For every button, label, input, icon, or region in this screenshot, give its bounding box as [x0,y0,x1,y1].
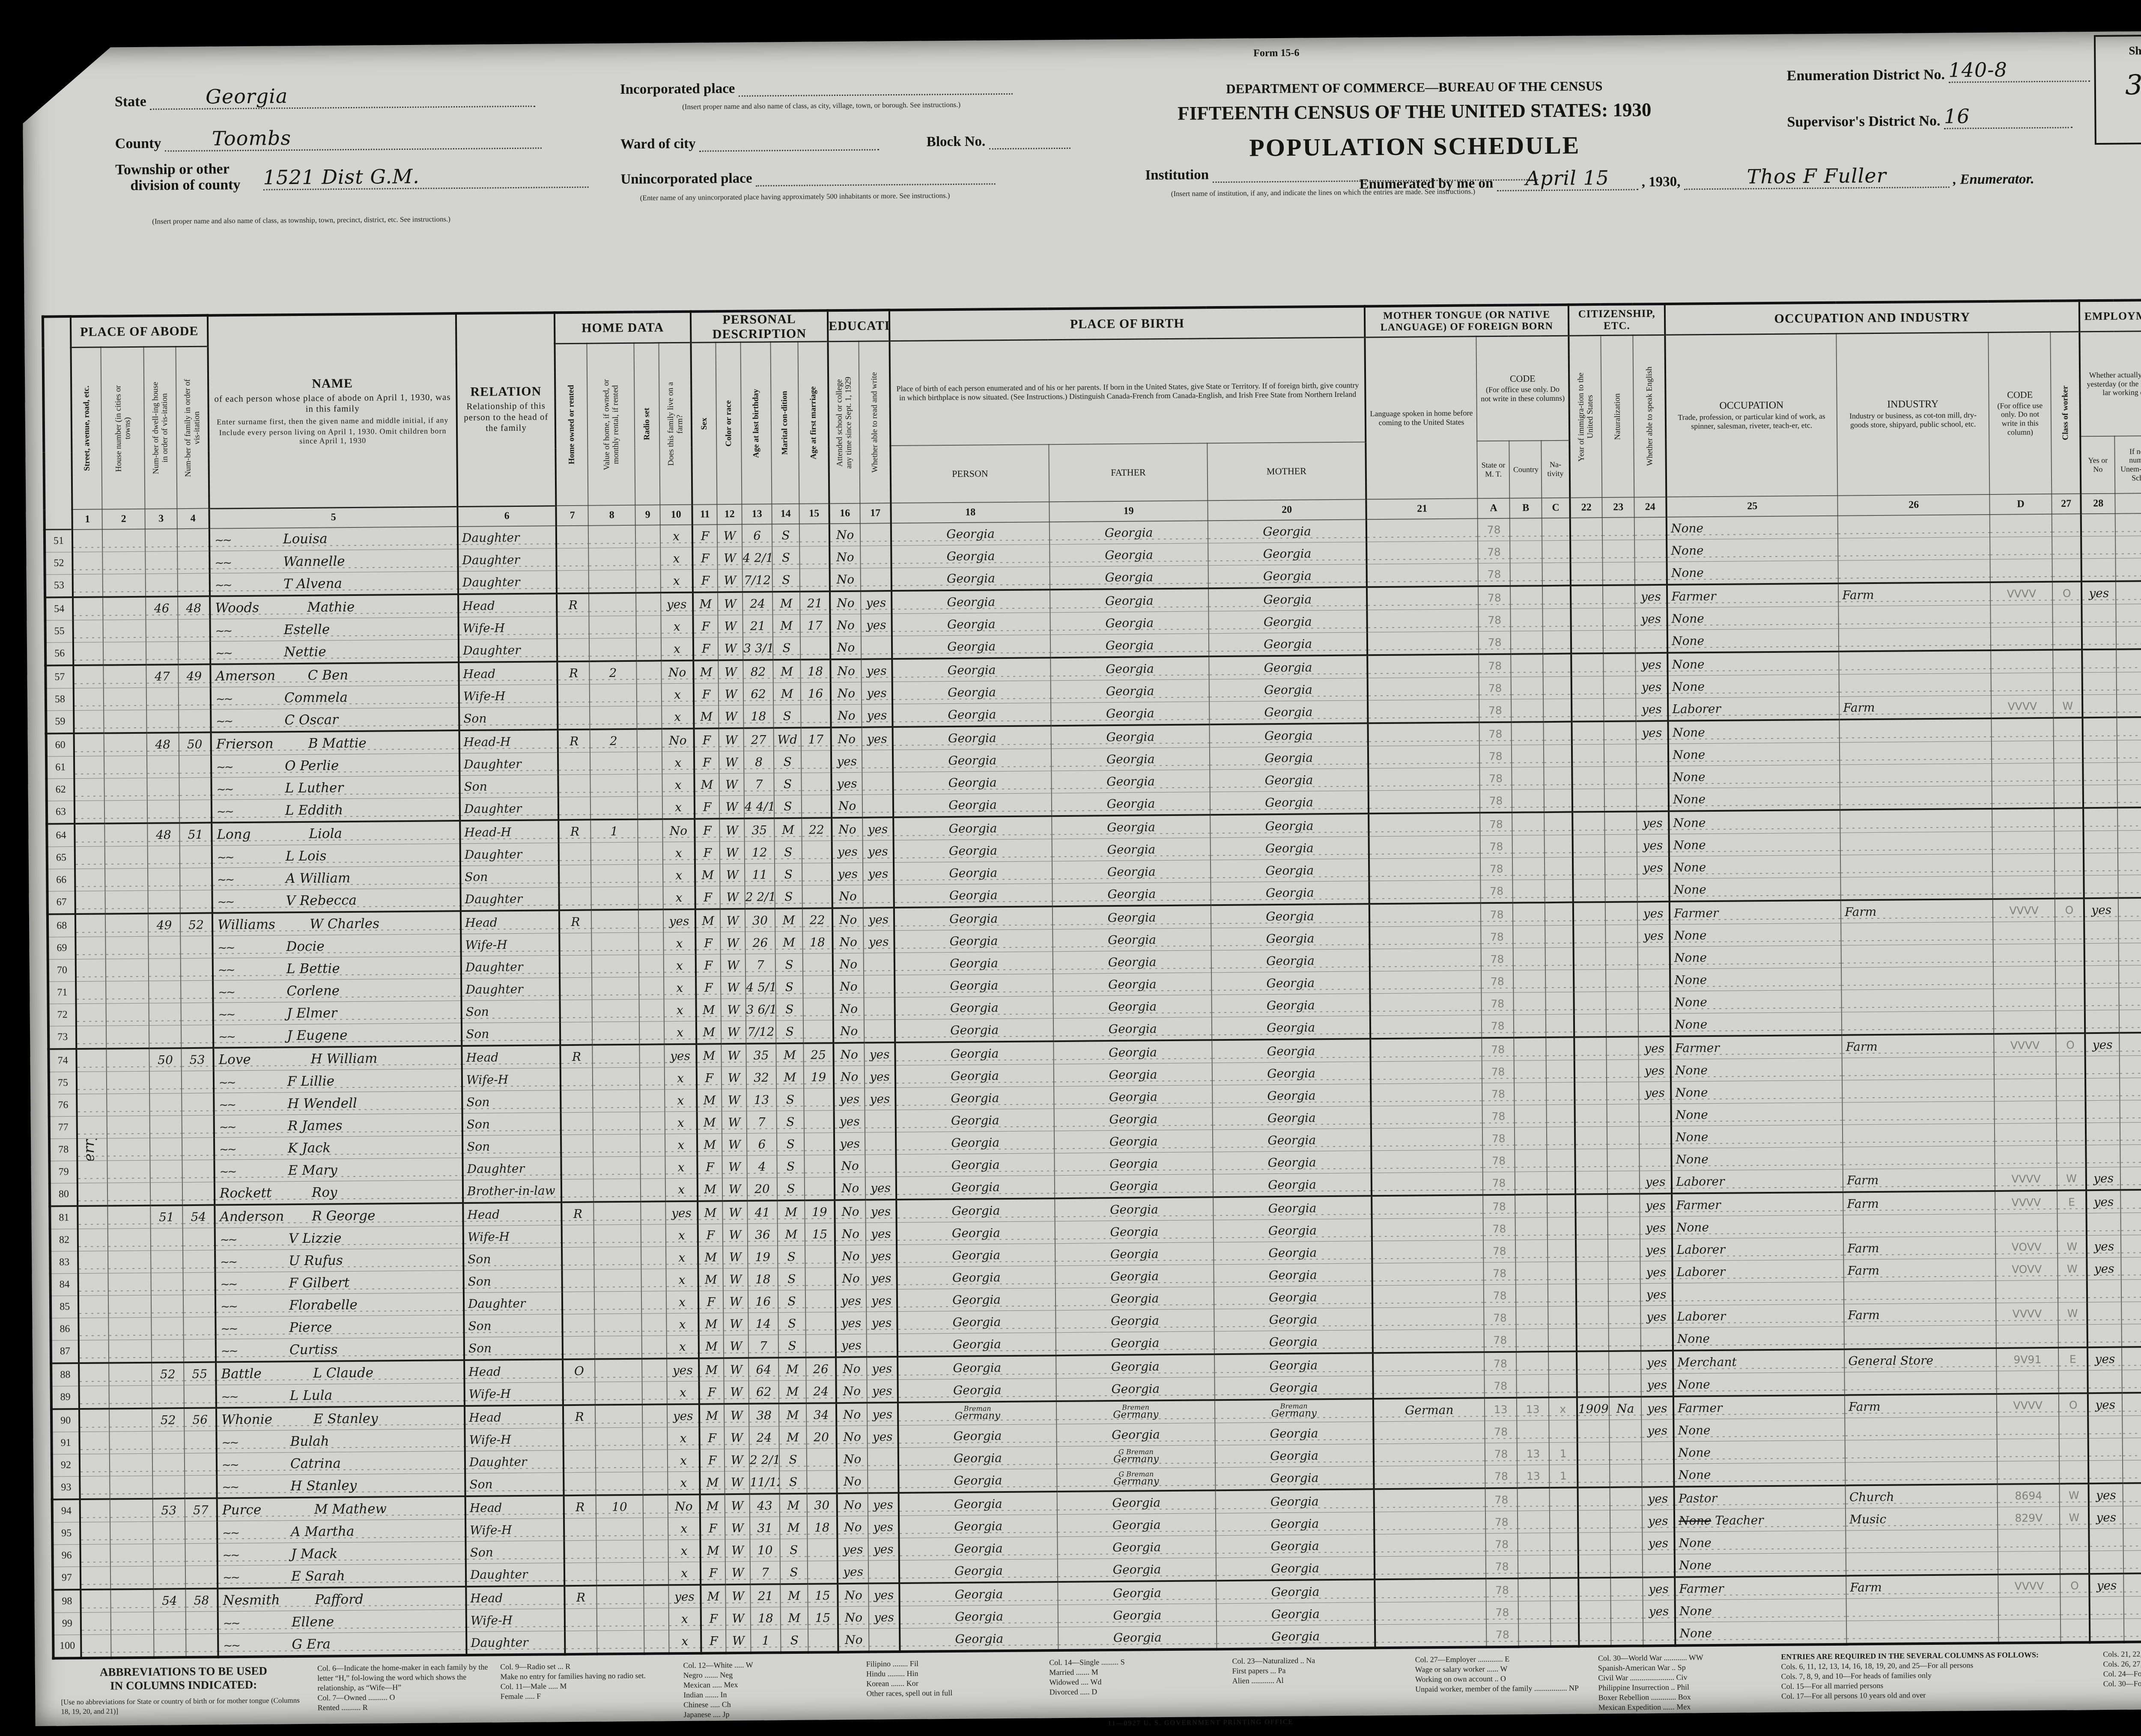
mt [1373,1421,1485,1444]
cr: W [718,660,743,683]
fm [178,619,210,642]
mt [1373,1375,1485,1399]
cl [2052,514,2081,537]
am [803,998,833,1021]
col-number: 6 [457,506,556,526]
sc: yes [831,750,862,773]
ul [2116,581,2141,604]
in [1846,1597,1998,1621]
ca: 78 [1481,970,1513,993]
column-home-value: Value of home, if owned, or monthly rent… [587,343,635,505]
bf: BremenGermany [1056,1400,1215,1424]
sx: M [696,1021,721,1044]
fr: x [664,1021,696,1044]
name: ∼∼L Bettie [213,956,461,981]
cc [1546,992,1574,1015]
house [107,1093,149,1116]
column-code-c: Na-tivity [1541,441,1570,498]
dw [147,800,179,823]
am: 30 [807,1493,837,1516]
ag: 6 [742,524,772,547]
wk [2082,694,2117,718]
mr: M [780,1584,808,1607]
am [805,1290,835,1313]
ul [2118,830,2141,853]
ca: 78 [1485,1511,1518,1534]
am: 18 [800,659,830,682]
mr: S [774,750,801,773]
wk [2083,740,2117,763]
bm: Georgia [1214,1308,1372,1331]
dw [145,551,177,574]
house [110,1499,153,1522]
mt [1372,1218,1483,1241]
sc: No [829,546,860,569]
fr: No [668,1495,700,1518]
cr: W [720,864,745,886]
sc: No [837,1516,868,1539]
fm: 52 [180,913,212,936]
fr: x [663,932,695,955]
cc [1545,970,1574,992]
cc [1551,1623,1579,1647]
oc: Farmer [1675,1576,1846,1600]
cb [1510,541,1542,563]
in [1842,1011,1994,1035]
bf: Georgia [1058,1581,1216,1605]
ul [2118,875,2141,898]
ow [559,843,591,865]
ca: 78 [1483,1172,1515,1195]
col-number: 10 [660,505,692,525]
street [81,1589,110,1612]
im [1574,1037,1606,1060]
bf: Georgia [1055,1220,1214,1244]
bf: Georgia [1050,611,1209,635]
rd [641,1201,665,1224]
sx: F [694,728,719,751]
sx: M [698,1269,723,1291]
bm: Georgia [1215,1444,1374,1468]
cd [1992,763,2054,786]
cr: W [719,751,744,773]
wk [2083,718,2117,741]
ag: 41 [747,1200,777,1224]
dw [152,1453,185,1476]
na [1607,1082,1639,1105]
ul [2123,1438,2141,1460]
cd: VVVV [1990,582,2052,605]
bm: Georgia [1209,700,1368,724]
wk [2084,943,2119,966]
fm [183,1317,215,1340]
cr: W [718,592,742,615]
bm: Georgia [1208,564,1367,588]
sc: No [830,568,861,591]
sx: M [699,1404,724,1427]
name: LongLiola [212,821,460,846]
ca: 78 [1478,586,1510,609]
cc [1550,1510,1578,1533]
mr: S [774,795,802,818]
rw: yes [863,931,894,953]
cc [1548,1239,1576,1262]
house [109,1431,152,1454]
col-number: A [1477,498,1509,518]
vl [596,1540,643,1563]
mr: S [778,1334,806,1358]
mr: M [773,660,800,683]
rw: yes [865,1088,895,1111]
ul [2117,762,2141,785]
fm [184,1339,216,1362]
sx: M [694,706,719,729]
en: yes [1640,1170,1672,1194]
house [106,1003,149,1026]
mr: S [774,773,801,795]
unincorporated-label: Unincorporated place [620,171,752,187]
ul [2120,1100,2141,1123]
wk [2085,1010,2119,1033]
cl [2057,1101,2086,1123]
en: yes [1641,1351,1673,1374]
cb [1516,1262,1548,1285]
ul [2116,649,2141,672]
lnumL: 61 [46,756,74,779]
na [1602,517,1634,540]
ul [2115,513,2141,536]
rd [637,774,662,796]
mt [1368,700,1479,724]
cr: W [722,1133,747,1155]
ag: 38 [749,1403,779,1426]
en [1643,1554,1675,1577]
cc [1543,654,1571,677]
column-occupation: OCCUPATION Trade, profession, or particu… [1665,334,1838,497]
am: 26 [806,1357,836,1380]
rw: yes [865,1066,895,1088]
dw [154,1612,186,1635]
fr: x [667,1427,699,1450]
bf: Georgia [1058,1558,1216,1582]
column-naturalization: Naturalization [1601,335,1634,497]
oc: None [1673,1326,1844,1351]
house [102,551,145,574]
bf: Georgia [1051,770,1210,793]
street-name-note: Duke Ferry Road [79,1138,99,1161]
cl: W [2053,695,2082,718]
im [1577,1374,1609,1397]
street [78,1229,108,1251]
en: yes [1636,721,1668,744]
bm: Georgia [1211,927,1369,950]
mt [1370,993,1482,1016]
ag: 24 [742,592,772,615]
im [1576,1283,1608,1306]
rd [640,1090,665,1112]
cd [1993,921,2055,944]
dw [146,688,179,710]
dw [149,1093,182,1116]
lnumL: 88 [51,1363,79,1386]
oc: None [1669,787,1840,811]
rw [861,636,892,659]
cc [1547,1105,1575,1127]
cb [1517,1375,1549,1398]
im [1576,1239,1608,1262]
vl [592,977,639,1000]
en [1634,517,1667,540]
name: FriersonB Mattie [211,730,459,755]
name: WhonieE Stanley [216,1406,465,1431]
rw: yes [867,1380,898,1403]
cd [1998,1529,2060,1551]
mt [1367,609,1479,632]
na [1606,1014,1638,1037]
ow [561,1135,593,1157]
ow [559,933,591,956]
in: Farm [1843,1191,1995,1215]
ag: 1 [751,1629,781,1653]
wk: yes [2089,1574,2123,1597]
mr: M [775,908,802,932]
sheet-header: Form 15-6 DEPARTMENT OF COMMERCE—BUREAU … [22,30,2141,316]
ow [563,1336,595,1359]
bm: Georgia [1216,1579,1375,1603]
sc: No [830,614,861,637]
im [1572,744,1604,767]
vl [589,593,636,616]
bp: Georgia [897,1266,1056,1289]
column-name: NAME of each person whose place of abode… [208,313,458,509]
mt [1371,1083,1482,1106]
bm: Georgia [1213,1129,1371,1152]
bf: Georgia [1050,634,1209,658]
ow: R [557,661,589,685]
en [1638,947,1670,969]
vl [591,932,638,955]
bf: Georgia [1055,1174,1213,1198]
rl: Daughter [459,753,558,776]
sc: No [832,885,863,908]
cb [1513,970,1545,993]
am [802,841,832,864]
cb [1514,1037,1546,1060]
na: Na [1609,1397,1641,1420]
cc [1547,1149,1575,1172]
name: AndersonR George [215,1203,463,1228]
ul [2121,1212,2141,1235]
cl [2055,875,2084,899]
cc [1550,1488,1578,1511]
im [1574,1060,1607,1083]
cl [2053,673,2082,695]
fr: x [668,1517,700,1540]
col-number: 28 [2081,494,2115,514]
fm: 50 [179,733,211,756]
rd [642,1427,667,1450]
lnumL: 81 [50,1206,78,1229]
dw [150,1138,182,1161]
mt [1369,836,1480,859]
cr: W [718,569,742,592]
sc: No [837,1470,868,1493]
rw: yes [863,840,894,863]
street [72,552,102,575]
rw: yes [868,1538,899,1561]
ul [2119,965,2141,988]
mt [1375,1624,1486,1648]
in [1838,514,1990,538]
vl [594,1291,641,1314]
cd: VVVV [1996,1302,2058,1325]
cl: W [2060,1483,2089,1507]
bp: Georgia [893,771,1051,795]
footer-column: Col. 27—Employer ............. EWage or … [1415,1653,1587,1687]
col-number: 26 [1838,494,1990,515]
bp: Georgia [899,1492,1057,1516]
cd [1997,1438,2059,1461]
am: 19 [804,1066,834,1089]
house [103,619,146,642]
mt [1366,541,1478,564]
en: yes [1636,698,1668,721]
ag: 7 [750,1561,780,1584]
rw: yes [868,1493,899,1516]
bm: Georgia [1209,632,1367,656]
bm: Georgia [1211,881,1369,905]
mr: S [772,546,799,569]
name: ∼∼V Lizzie [215,1226,463,1250]
township-note: (Insert proper name and also name of cla… [152,214,644,226]
street [74,710,104,733]
sx: F [694,751,719,774]
rl: Head [458,593,557,617]
rd [638,909,663,932]
lnumL: 70 [48,959,76,982]
bm: Georgia [1212,1039,1370,1063]
cr: W [725,1539,750,1561]
oc: None [1668,765,1840,788]
oc: Laborer [1673,1260,1844,1283]
rd [644,1585,668,1608]
en: yes [1642,1487,1674,1510]
am [804,1155,834,1178]
ul [2117,672,2141,694]
ca: 78 [1486,1623,1518,1647]
rw [868,1470,898,1493]
lnumL: 67 [47,891,75,914]
fm: 51 [179,823,212,846]
im [1577,1420,1609,1442]
house [107,1116,150,1138]
street [75,824,104,847]
cb [1516,1329,1548,1352]
cl [2054,785,2083,808]
na [1609,1374,1641,1397]
cd: VVVV [1991,695,2053,718]
dw [145,529,177,552]
column-birth-mother: MOTHER [1207,442,1366,500]
na [1603,608,1635,631]
im [1574,947,1606,970]
fm [183,1228,215,1251]
cb [1516,1307,1548,1329]
bf: Georgia [1053,973,1211,996]
bf: Georgia [1056,1423,1215,1447]
fr: x [669,1630,701,1653]
population-schedule-table: PLACE OF ABODE NAME of each person whose… [42,298,2141,1660]
rl: Son [462,1022,560,1046]
mt [1369,926,1481,949]
ow [562,1269,594,1292]
en [1641,1328,1673,1351]
in [1843,1146,1995,1169]
rw: yes [862,704,892,727]
en: yes [1642,1532,1674,1554]
im [1571,699,1604,722]
bf: Georgia [1055,1197,1213,1221]
dw [151,1295,183,1318]
en: yes [1640,1239,1672,1261]
mr: S [779,1448,807,1471]
cl: W [2058,1236,2087,1258]
dw [147,756,179,778]
street [76,981,106,1004]
cd: VVVV [1993,899,2055,922]
sc: No [831,727,862,750]
rw [865,1110,896,1133]
cd: VOVV [1995,1236,2058,1258]
bp: Georgia [899,1515,1057,1538]
dw [146,619,178,642]
na [1608,1239,1640,1262]
name: ∼∼Louisa [209,527,458,551]
house [108,1228,151,1251]
fr: x [662,751,694,774]
cl [2054,718,2083,741]
fr: x [668,1449,700,1472]
wk [2082,649,2116,673]
en [1634,539,1667,562]
ag: 16 [748,1290,778,1313]
cd [1993,944,2055,966]
cl [2053,604,2082,627]
ca: 78 [1480,835,1512,858]
mt [1373,1329,1484,1353]
sx: F [696,954,721,977]
fr: x [660,524,692,548]
dw [150,1160,182,1183]
cc [1544,789,1572,812]
ca: 78 [1478,563,1510,586]
na [1607,1104,1639,1127]
sx: M [698,1178,722,1201]
bp: Georgia [893,726,1051,750]
rw [860,546,891,569]
column-dwelling-number: Num-ber of dwell-ing house in order of v… [143,347,177,509]
rd [644,1630,669,1654]
sx: M [695,864,720,886]
enum-district-label: Enumeration District No. [1786,67,1945,84]
in [1838,559,1990,583]
col-number: 17 [860,503,891,523]
am: 17 [801,727,831,750]
rw: yes [867,1357,898,1380]
bf: Georgia [1053,928,1211,952]
sx: F [692,547,717,569]
im [1573,857,1605,880]
